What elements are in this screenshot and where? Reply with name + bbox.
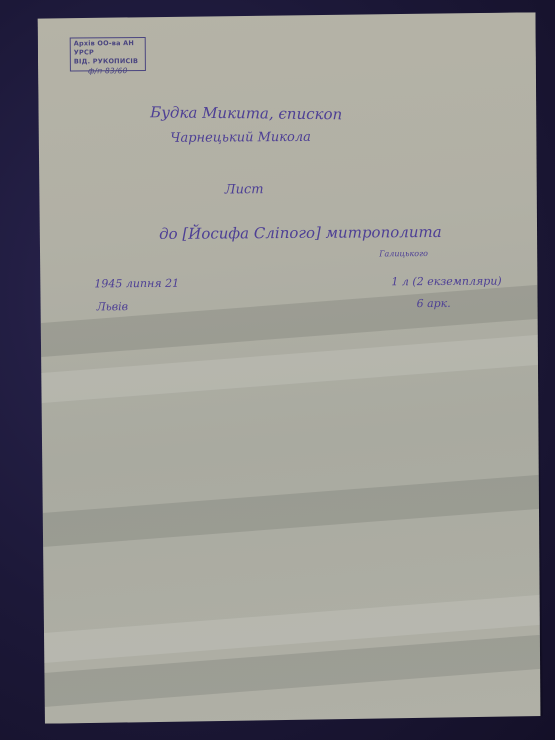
copies-count: 6 арк.	[417, 297, 451, 310]
archive-document-sheet: Архів ОО-ва АН УРСР ВІД. РУКОПИСІВ ф/п 8…	[38, 12, 541, 723]
stamp-number: ф/п 83/60	[74, 66, 142, 75]
author-line2: Чарнецький Микола	[170, 130, 311, 146]
stamp-line2: ВІД. РУКОПИСІВ	[74, 57, 142, 66]
recipient-title: Галицького	[379, 249, 428, 258]
stamp-line1: Архів ОО-ва АН УРСР	[74, 39, 142, 57]
shadow-band	[41, 475, 539, 547]
author-line1: Будка Микита, єпископ	[150, 103, 342, 123]
archive-stamp: Архів ОО-ва АН УРСР ВІД. РУКОПИСІВ ф/п 8…	[70, 37, 146, 72]
recipient: до [Йосифа Сліпого] митрополита	[159, 223, 442, 243]
sheet-count: 1 л (2 екземпляри)	[391, 275, 501, 289]
document-date: 1945 липня 21	[94, 277, 179, 291]
document-place: Львів	[97, 300, 129, 313]
document-type: Лист	[225, 182, 264, 197]
